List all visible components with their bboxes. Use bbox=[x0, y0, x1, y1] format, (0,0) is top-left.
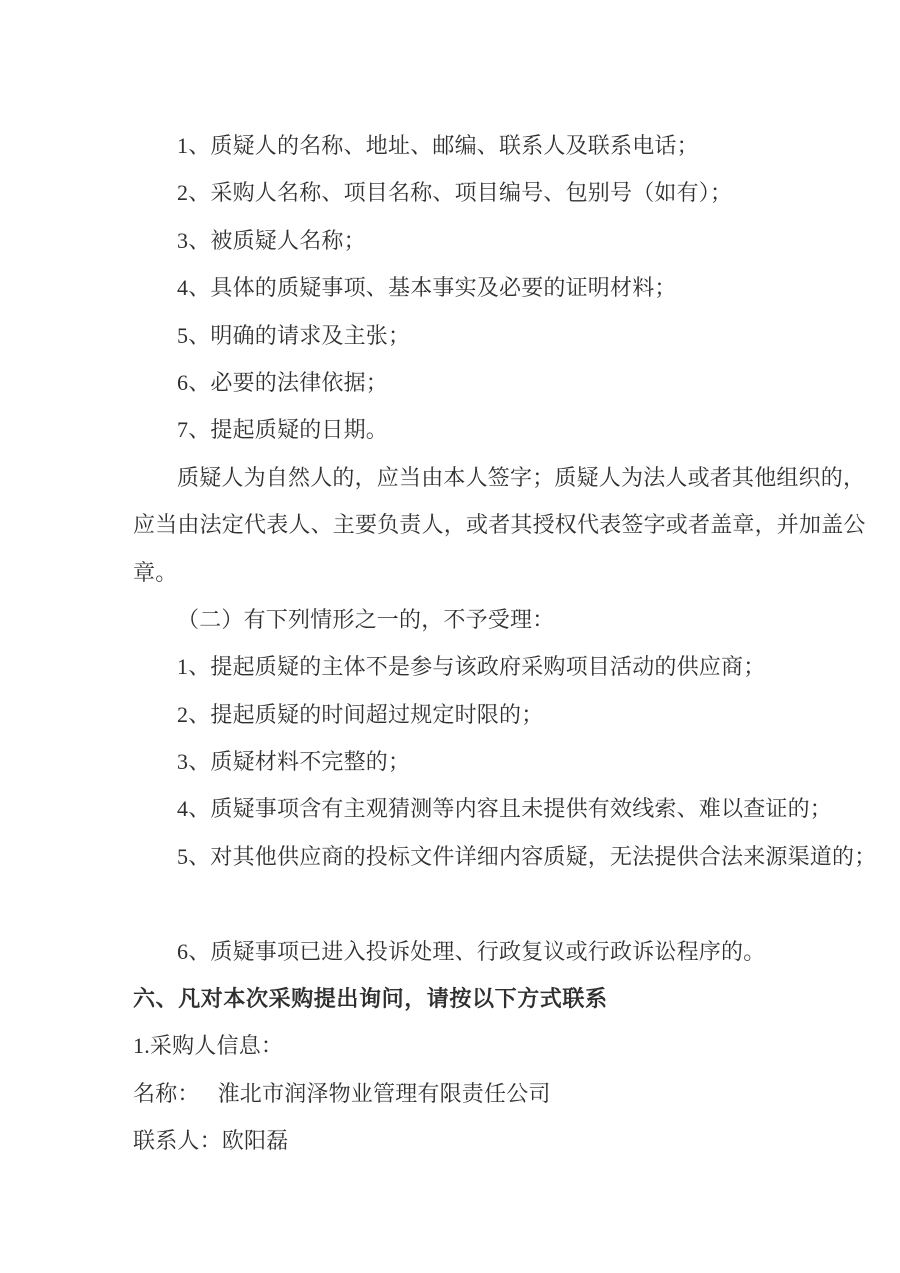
challenge-item-6: 6、必要的法律依据； bbox=[133, 359, 870, 406]
buyer-info-label: 1.采购人信息： bbox=[133, 1022, 870, 1069]
challenge-item-7: 7、提起质疑的日期。 bbox=[133, 406, 870, 453]
signature-note-line-3: 章。 bbox=[133, 549, 870, 596]
challenge-item-5: 5、明确的请求及主张； bbox=[133, 312, 870, 359]
document-page: 1、质疑人的名称、地址、邮编、联系人及联系电话； 2、采购人名称、项目名称、项目… bbox=[0, 0, 900, 1273]
challenge-item-3: 3、被质疑人名称； bbox=[133, 217, 870, 264]
challenge-item-4: 4、具体的质疑事项、基本事实及必要的证明材料； bbox=[133, 264, 870, 311]
contact-person-line: 联系人：欧阳磊 bbox=[133, 1117, 870, 1164]
rejection-item-5: 5、对其他供应商的投标文件详细内容质疑，无法提供合法来源渠道的； bbox=[133, 833, 870, 880]
challenge-item-2: 2、采购人名称、项目名称、项目编号、包别号（如有）； bbox=[133, 169, 870, 216]
buyer-name-label: 名称： bbox=[133, 1081, 200, 1106]
rejection-item-3: 3、质疑材料不完整的； bbox=[133, 738, 870, 785]
contact-section-heading: 六、凡对本次采购提出询问，请按以下方式联系 bbox=[133, 975, 870, 1022]
contact-person-label: 联系人： bbox=[133, 1128, 222, 1153]
rejection-item-4: 4、质疑事项含有主观猜测等内容且未提供有效线索、难以查证的； bbox=[133, 785, 870, 832]
blank-line bbox=[133, 880, 870, 927]
challenge-item-1: 1、质疑人的名称、地址、邮编、联系人及联系电话； bbox=[133, 122, 870, 169]
rejection-item-1: 1、提起质疑的主体不是参与该政府采购项目活动的供应商； bbox=[133, 643, 870, 690]
signature-note-line-1: 质疑人为自然人的，应当由本人签字；质疑人为法人或者其他组织的， bbox=[133, 454, 870, 501]
buyer-name-value: 淮北市润泽物业管理有限责任公司 bbox=[218, 1081, 551, 1106]
rejection-section-heading: （二）有下列情形之一的，不予受理： bbox=[133, 596, 870, 643]
rejection-item-2: 2、提起质疑的时间超过规定时限的； bbox=[133, 691, 870, 738]
signature-note-line-2: 应当由法定代表人、主要负责人，或者其授权代表签字或者盖章，并加盖公 bbox=[133, 501, 870, 548]
contact-person-value: 欧阳磊 bbox=[222, 1128, 289, 1153]
buyer-name-line: 名称：淮北市润泽物业管理有限责任公司 bbox=[133, 1070, 870, 1117]
rejection-item-6: 6、质疑事项已进入投诉处理、行政复议或行政诉讼程序的。 bbox=[133, 928, 870, 975]
